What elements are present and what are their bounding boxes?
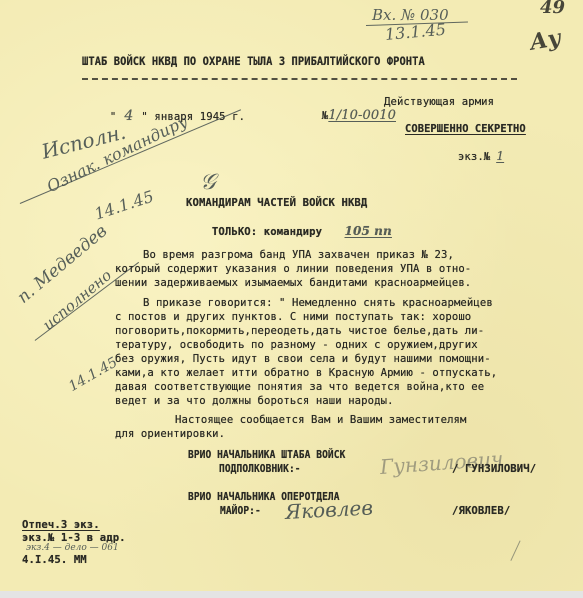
- annotation-signature-top: 𝒢: [200, 170, 216, 195]
- footer-copies-printed: Отпеч.3 экз.: [22, 518, 100, 532]
- body-line: Во время разгрома банд УПА захвачен прик…: [143, 248, 454, 262]
- footer-file-note: экз.4 — дело — 061: [26, 543, 119, 553]
- page-number: 49: [540, 0, 565, 18]
- header-divider: [82, 78, 517, 80]
- copy-prefix: экз.№: [458, 151, 490, 163]
- addressee-prefix: ТОЛЬКО: командиру: [212, 226, 322, 238]
- addressee-unit: 105 пп: [329, 224, 408, 238]
- pencil-mark: [510, 540, 520, 560]
- body-line: давая соответствующие понятия за что вед…: [115, 380, 484, 394]
- body-line: тературу, освободить по разному - одних …: [115, 338, 478, 352]
- document-page: Вх. № 030 13.1.45 49 Ау ШТАБ ВОЙСК НКВД …: [0, 0, 583, 591]
- footer-date: 4.I.45. ММ: [22, 553, 87, 567]
- quote-close: ": [141, 111, 147, 123]
- initials-mark: Ау: [528, 25, 563, 56]
- signature-2-handwritten: Яковлев: [284, 495, 373, 524]
- body-line: В приказе говорится: " Немедленно снять …: [143, 296, 493, 310]
- annotation-date-mid: 14.1.45: [66, 354, 120, 395]
- signature-2-name: /ЯКОВЛЕВ/: [452, 504, 510, 518]
- body-line: с постов и других пунктов. С ними поступ…: [115, 310, 471, 324]
- document-number: №1/10-0010: [296, 95, 396, 137]
- signature-1-title: ВРИО НАЧАЛЬНИКА ШТАБА ВОЙСК: [188, 448, 345, 462]
- body-line: который содержит указания о линии поведе…: [115, 262, 471, 276]
- body-line: Настоящее сообщается Вам и Вашим замести…: [175, 413, 467, 427]
- body-line: без оружия, Пусть идут в свои села и буд…: [115, 352, 491, 366]
- body-line: поговорить,покормить,переодеть,дать чист…: [115, 324, 484, 338]
- location: Действующая армия: [384, 95, 494, 109]
- body-line: ками,а кто желает итти обратно в Красную…: [115, 366, 497, 380]
- day-value: 4: [124, 108, 133, 124]
- body-line: для ориентировки.: [115, 427, 225, 441]
- classification-label: СОВЕРШЕННО СЕКРЕТНО: [405, 122, 526, 136]
- body-line: шении задерживаемых изымаемых бандитами …: [115, 276, 471, 290]
- copy-number: экз.№1: [432, 135, 504, 178]
- addressee-line-1: КОМАНДИРАМ ЧАСТЕЙ ВОЙСК НКВД: [186, 196, 367, 210]
- incoming-date: 13.1.45: [384, 20, 447, 44]
- copy-value: 1: [496, 149, 504, 163]
- addressee-line-2: ТОЛЬКО: командиру 105 пп: [186, 210, 408, 253]
- document-header: ШТАБ ВОЙСК НКВД ПО ОХРАНЕ ТЫЛА 3 ПРИБАЛТ…: [82, 55, 425, 69]
- annotation-date-top: 14.1.45: [92, 187, 156, 224]
- body-line: ведет и за что должны бороться наши наро…: [115, 394, 394, 408]
- number-value: 1/10-0010: [328, 108, 396, 123]
- signature-1-rank: ПОДПОЛКОВНИК:-: [219, 462, 301, 476]
- signature-1-name: / ГУНЗИЛОВИЧ/: [452, 462, 536, 476]
- signature-2-rank: МАЙОР:-: [220, 504, 261, 518]
